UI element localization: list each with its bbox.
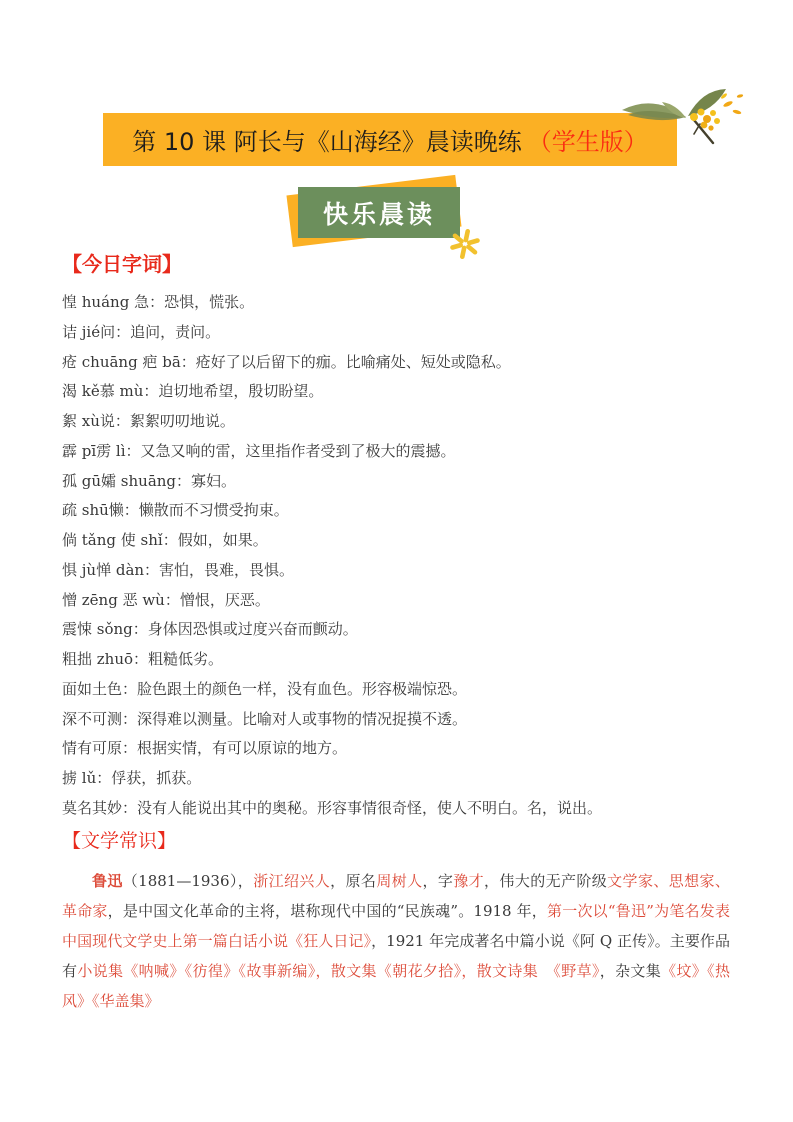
word-entry: 掳 lǔ：俘获，抓获。 [62, 769, 730, 788]
osmanthus-branch-icon [616, 84, 748, 154]
worksheet-page: 第 10 课 阿长与《山海经》晨读晚练（学生版） 快乐晨读 [0, 0, 793, 1122]
word-entry: 憎 zēng 恶 wù：憎恨，厌恶。 [62, 591, 730, 610]
literature-text-segment: 鲁迅 [92, 872, 123, 890]
literature-text-segment: ，是中国文化革命的主将，堪称现代中国的“民族魂”。1918 年， [108, 902, 547, 920]
section-heading-words: 【今日字词】 [62, 252, 730, 277]
literature-text-segment: 豫才 [453, 872, 484, 890]
morning-reading-badge: 快乐晨读 [298, 187, 460, 238]
literature-text-segment: ，原名 [330, 872, 376, 890]
literature-text-segment: ，杂文集 [600, 962, 661, 980]
literature-text-segment: （1881—1936）， [123, 872, 253, 890]
title-banner: 第 10 课 阿长与《山海经》晨读晚练（学生版） [103, 113, 677, 166]
literature-text-segment: 小说集《呐喊》《彷徨》《故事新编》，散文集《朝花夕拾》，散文诗集 《野草》 [77, 962, 599, 980]
word-entry: 诘 jié问：追问，责问。 [62, 323, 730, 342]
content-area: 【今日字词】 惶 huáng 急：恐惧，慌张。诘 jié问：追问，责问。疮 ch… [62, 252, 730, 1016]
word-entry: 疮 chuāng 疤 bā：疮好了以后留下的痂。比喻痛处、短处或隐私。 [62, 353, 730, 372]
word-entry: 霹 pī雳 lì：又急又响的雷，这里指作者受到了极大的震撼。 [62, 442, 730, 461]
word-entry: 莫名其妙：没有人能说出其中的奥秘。形容事情很奇怪，使人不明白。名，说出。 [62, 799, 730, 818]
word-list: 惶 huáng 急：恐惧，慌张。诘 jié问：追问，责问。疮 chuāng 疤 … [62, 293, 730, 818]
word-entry: 絮 xù说：絮絮叨叨地说。 [62, 412, 730, 431]
literature-text-segment: ，伟大的无产阶级 [484, 872, 607, 890]
word-entry: 情有可原：根据实情，有可以原谅的地方。 [62, 739, 730, 758]
word-entry: 面如土色：脸色跟土的颜色一样，没有血色。形容极端惊恐。 [62, 680, 730, 699]
literature-text-segment: 周树人 [376, 872, 422, 890]
section-heading-literature: 【文学常识】 [62, 829, 730, 854]
word-entry: 孤 gū孀 shuāng：寡妇。 [62, 472, 730, 491]
literature-text-segment: 浙江绍兴人 [253, 872, 330, 890]
literature-paragraph: 鲁迅（1881—1936），浙江绍兴人，原名周树人，字豫才，伟大的无产阶级文学家… [62, 866, 730, 1016]
word-entry: 深不可测：深得难以测量。比喻对人或事物的情况捉摸不透。 [62, 710, 730, 729]
word-entry: 粗拙 zhuō：粗糙低劣。 [62, 650, 730, 669]
word-entry: 惶 huáng 急：恐惧，慌张。 [62, 293, 730, 312]
word-entry: 疏 shū懒：懒散而不习惯受拘束。 [62, 501, 730, 520]
word-entry: 震悚 sǒng：身体因恐惧或过度兴奋而颤动。 [62, 620, 730, 639]
word-entry: 倘 tǎng 使 shǐ：假如，如果。 [62, 531, 730, 550]
page-title: 第 10 课 阿长与《山海经》晨读晚练 [132, 122, 521, 157]
badge-label: 快乐晨读 [298, 187, 460, 238]
word-entry: 惧 jù惮 dàn：害怕，畏难，畏惧。 [62, 561, 730, 580]
word-entry: 渴 kě慕 mù：迫切地希望，殷切盼望。 [62, 382, 730, 401]
literature-text-segment: ，字 [422, 872, 453, 890]
